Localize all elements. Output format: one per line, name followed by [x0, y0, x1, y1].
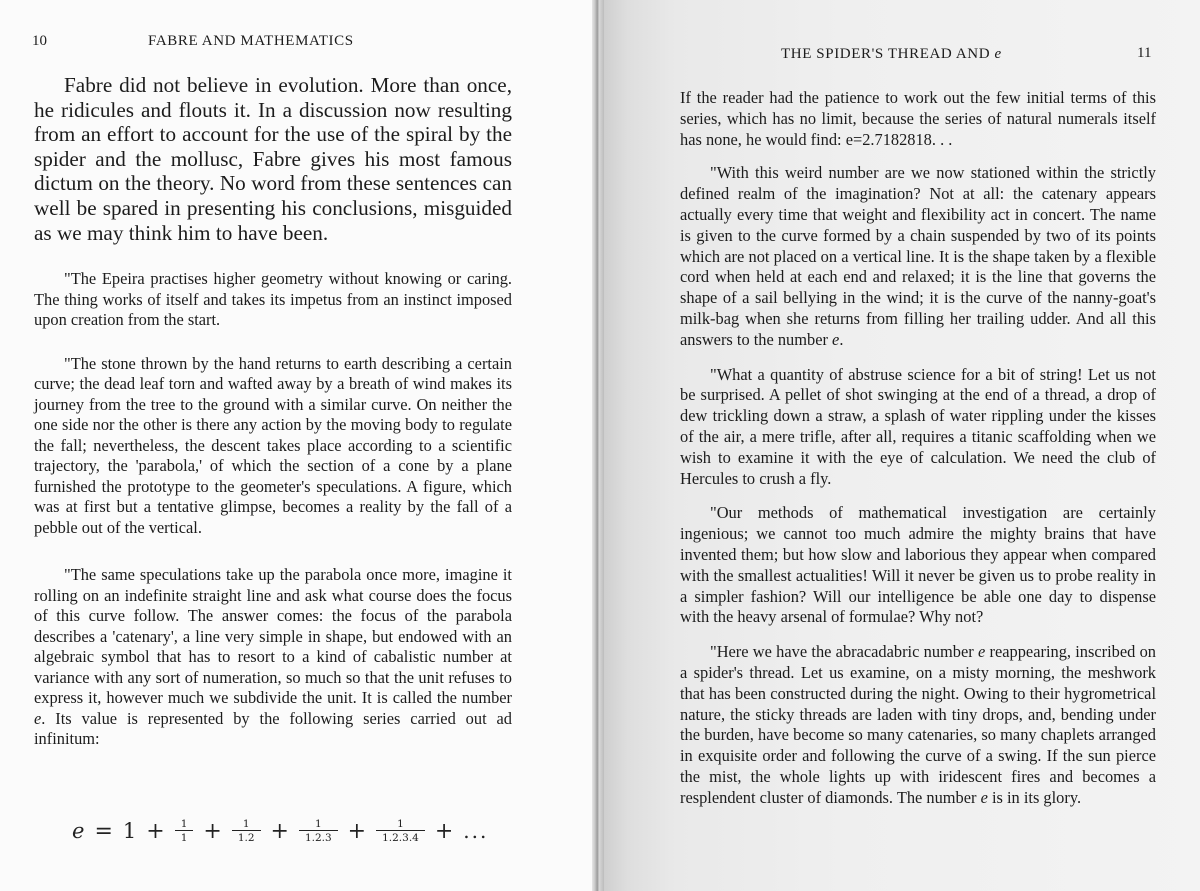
book-spread: 10 FABRE AND MATHEMATICS Fabre did not b…: [0, 0, 1200, 891]
formula-lhs: e: [72, 819, 84, 843]
right-page-body: If the reader had the patience to work o…: [680, 88, 1156, 809]
e-series-formula: e = 1 + 11 + 11.2 + 11.2.3 + 11.2.3.4 + …: [72, 818, 488, 844]
page-number: 10: [32, 33, 47, 50]
quote-paragraph-spiders-thread: "Here we have the abracadabric number e …: [680, 642, 1156, 808]
page-number: 11: [1137, 45, 1151, 62]
right-page: THE SPIDER'S THREAD AND e 11 If the read…: [604, 0, 1200, 891]
quote-paragraph-epeira: "The Epeira practises higher geometry wi…: [34, 269, 512, 331]
numerator: 1: [311, 818, 326, 830]
text-span: reappearing, in­scribed on a spider's th…: [680, 642, 1156, 807]
symbol-e: e: [981, 788, 988, 807]
fraction-term: 11.2: [232, 818, 261, 844]
running-head: FABRE AND MATHEMATICS: [148, 33, 354, 50]
fraction-term: 11.2.3.4: [376, 818, 425, 844]
text-span: is in its glory.: [988, 788, 1081, 807]
numerator: 1: [393, 818, 408, 830]
quote-paragraph-string: "What a quantity of abstruse science for…: [680, 365, 1156, 490]
quote-paragraph-catenary: "The same speculations take up the parab…: [34, 565, 512, 750]
plus-sign: +: [203, 819, 221, 844]
numerator: 1: [239, 818, 254, 830]
symbol-e: e: [995, 46, 1002, 62]
numerator: 1: [177, 818, 192, 830]
running-head-text: THE SPIDER'S THREAD AND: [781, 46, 995, 62]
lead-paragraph: Fabre did not believe in evolution. More…: [34, 73, 512, 245]
book-gutter: [592, 0, 604, 891]
text-span: . Its value is represented by the follow…: [34, 709, 512, 749]
equals-sign: =: [94, 819, 112, 844]
left-page: 10 FABRE AND MATHEMATICS Fabre did not b…: [0, 0, 592, 891]
plus-sign: +: [348, 819, 366, 844]
running-head: THE SPIDER'S THREAD AND e: [781, 46, 1002, 63]
e-value: e=2.7182818. . .: [846, 130, 953, 149]
plus-sign: +: [271, 819, 289, 844]
quote-paragraph-methods: "Our methods of mathematical investigati…: [680, 503, 1156, 628]
plus-sign: +: [146, 819, 164, 844]
text-span: "Here we have the abracadabric number: [710, 642, 978, 661]
plus-sign: +: [435, 819, 453, 844]
formula-first-term: 1: [123, 819, 136, 843]
quote-paragraph-stone: "The stone thrown by the hand returns to…: [34, 354, 512, 539]
denominator: 1: [175, 830, 194, 844]
fraction-term: 11.2.3: [299, 818, 338, 844]
text-span: "The same speculations take up the parab…: [34, 565, 512, 707]
ellipsis: ...: [463, 819, 488, 843]
paragraph-e-value: If the reader had the patience to work o…: [680, 88, 1156, 150]
denominator: 1.2.3: [299, 830, 338, 844]
fraction-term: 11: [175, 818, 194, 844]
text-span: "With this weird number are we now stati…: [680, 163, 1156, 348]
denominator: 1.2.3.4: [376, 830, 425, 844]
quote-paragraph-weird-number: "With this weird number are we now stati…: [680, 163, 1156, 350]
text-span: .: [839, 330, 843, 349]
left-page-body: Fabre did not believe in evolution. More…: [34, 73, 512, 773]
denominator: 1.2: [232, 830, 261, 844]
